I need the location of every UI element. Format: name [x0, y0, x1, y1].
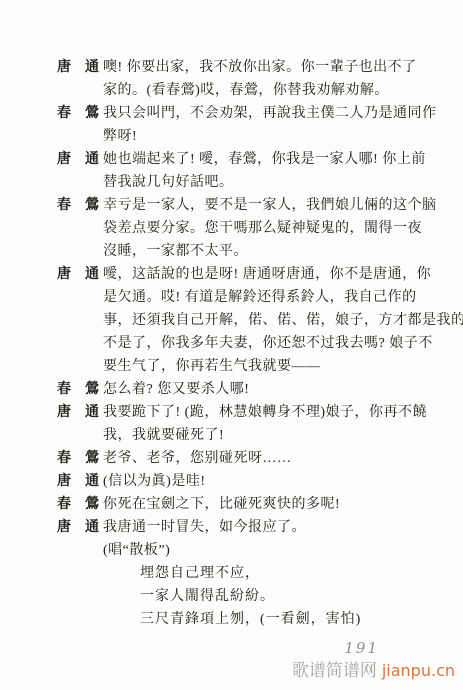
watermark: 歌谱简谱网jianpu.cn: [292, 661, 455, 681]
page-container: 唐 通噢! 你要出家，我不放你出家。你一輩子也出不了家的。(看春鶯)哎，春鶯，你…: [0, 0, 463, 690]
dialogue-line: 事，还須我自己开解，偌、偌、偌，娘子，方才都是我的: [103, 309, 457, 332]
dialogue-line: 噢! 你要出家，我不放你出家。你一輩子也出不了: [103, 56, 457, 79]
stage-direction: (唱“散板”): [57, 539, 457, 562]
speaker-name: 唐 通: [57, 56, 103, 102]
dialogue-lines: (信以为眞)是哇!: [103, 470, 457, 493]
dialogue-line: (信以为眞)是哇!: [103, 470, 457, 493]
speaker-name: 唐 通: [57, 516, 103, 539]
dialogue-entry: 唐 通噯，这話說的也是呀! 唐通呀唐通，你不是唐通，你是欠通。哎! 有道是解鈴还…: [57, 263, 457, 378]
verse-line: 埋怨自己理不应，: [57, 562, 457, 585]
watermark-domain: jianpu.cn: [382, 661, 455, 680]
dialogue-entry: 春 鶯你死在宝劍之下，比碰死爽快的多呢!: [57, 493, 457, 516]
dialogue-entry: 唐 通她也端起来了! 噯，春鶯，你我是一家人哪! 你上前替我說几句好話吧。: [57, 148, 457, 194]
speaker-name: 唐 通: [57, 470, 103, 493]
verse-line: 一家人閙得乱紛紛。: [57, 585, 457, 608]
speaker-name: 唐 通: [57, 263, 103, 378]
dialogue-lines: 怎么着? 您又要杀人哪!: [103, 378, 457, 401]
dialogue-lines: 幸亏是一家人，要不是一家人，我們娘儿倆的这个脑袋差点要分家。您干嗎那么疑神疑鬼的…: [103, 194, 457, 263]
dialogue-line: 替我說几句好話吧。: [103, 171, 457, 194]
dialogue-line: 不是了，你我多年夫妻，你还恕不过我去嗎? 娘子不: [103, 332, 457, 355]
dialogue-line: 怎么着? 您又要杀人哪!: [103, 378, 457, 401]
speaker-name: 春 鶯: [57, 378, 103, 401]
dialogue-entry: 唐 通(信以为眞)是哇!: [57, 470, 457, 493]
dialogue-entry: 春 鶯老爷、老爷，您别碰死呀……: [57, 447, 457, 470]
dialogue-entry: 唐 通我唐通一时冒失，如今报应了。: [57, 516, 457, 539]
dialogue-line: 幸亏是一家人，要不是一家人，我們娘儿倆的这个脑: [103, 194, 457, 217]
dialogue-line: 我只会叫門，不会劝架，再說我主僕二人乃是通同作: [103, 102, 457, 125]
dialogue-entry: 春 鶯怎么着? 您又要杀人哪!: [57, 378, 457, 401]
dialogue-line: 要生气了，你再若生气我就要——: [103, 355, 457, 378]
dialogue-entry: 唐 通我要跪下了! (跪，林慧娘轉身不理)娘子，你再不饒我，我就要碰死了!: [57, 401, 457, 447]
script-body: 唐 通噢! 你要出家，我不放你出家。你一輩子也出不了家的。(看春鶯)哎，春鶯，你…: [57, 56, 457, 631]
dialogue-line: 老爷、老爷，您别碰死呀……: [103, 447, 457, 470]
dialogue-line: 是欠通。哎! 有道是解鈴还得系鈴人，我自己作的: [103, 286, 457, 309]
dialogue-line: 我唐通一时冒失，如今报应了。: [103, 516, 457, 539]
speaker-name: 春 鶯: [57, 194, 103, 263]
dialogue-line: 袋差点要分家。您干嗎那么疑神疑鬼的，閙得一夜: [103, 217, 457, 240]
speaker-name: 春 鶯: [57, 493, 103, 516]
dialogue-entry: 唐 通噢! 你要出家，我不放你出家。你一輩子也出不了家的。(看春鶯)哎，春鶯，你…: [57, 56, 457, 102]
speaker-name: 唐 通: [57, 148, 103, 194]
dialogue-line: 家的。(看春鶯)哎，春鶯，你替我劝解劝解。: [103, 79, 457, 102]
dialogue-line: 噯，这話說的也是呀! 唐通呀唐通，你不是唐通，你: [103, 263, 457, 286]
dialogue-lines: 你死在宝劍之下，比碰死爽快的多呢!: [103, 493, 457, 516]
dialogue-lines: 我要跪下了! (跪，林慧娘轉身不理)娘子，你再不饒我，我就要碰死了!: [103, 401, 457, 447]
dialogue-line: 弊呀!: [103, 125, 457, 148]
dialogue-lines: 她也端起来了! 噯，春鶯，你我是一家人哪! 你上前替我說几句好話吧。: [103, 148, 457, 194]
speaker-name: 春 鶯: [57, 447, 103, 470]
dialogue-line: 她也端起来了! 噯，春鶯，你我是一家人哪! 你上前: [103, 148, 457, 171]
dialogue-line: 沒睡，一家都不太平。: [103, 240, 457, 263]
dialogue-lines: 噯，这話說的也是呀! 唐通呀唐通，你不是唐通，你是欠通。哎! 有道是解鈴还得系鈴…: [103, 263, 457, 378]
speaker-name: 唐 通: [57, 401, 103, 447]
dialogue-entry: 春 鶯幸亏是一家人，要不是一家人，我們娘儿倆的这个脑袋差点要分家。您干嗎那么疑神…: [57, 194, 457, 263]
dialogue-entry: 春 鶯我只会叫門，不会劝架，再說我主僕二人乃是通同作弊呀!: [57, 102, 457, 148]
dialogue-line: 你死在宝劍之下，比碰死爽快的多呢!: [103, 493, 457, 516]
watermark-site-name: 歌谱简谱网: [292, 661, 377, 680]
verse-line: 三尺青鋒項上刎，(一看劍，害怕): [57, 608, 457, 631]
dialogue-lines: 老爷、老爷，您别碰死呀……: [103, 447, 457, 470]
speaker-name: 春 鶯: [57, 102, 103, 148]
dialogue-lines: 噢! 你要出家，我不放你出家。你一輩子也出不了家的。(看春鶯)哎，春鶯，你替我劝…: [103, 56, 457, 102]
dialogue-lines: 我唐通一时冒失，如今报应了。: [103, 516, 457, 539]
page-number: 191: [344, 639, 379, 657]
dialogue-line: 我，我就要碰死了!: [103, 424, 457, 447]
dialogue-line: 我要跪下了! (跪，林慧娘轉身不理)娘子，你再不饒: [103, 401, 457, 424]
dialogue-lines: 我只会叫門，不会劝架，再說我主僕二人乃是通同作弊呀!: [103, 102, 457, 148]
